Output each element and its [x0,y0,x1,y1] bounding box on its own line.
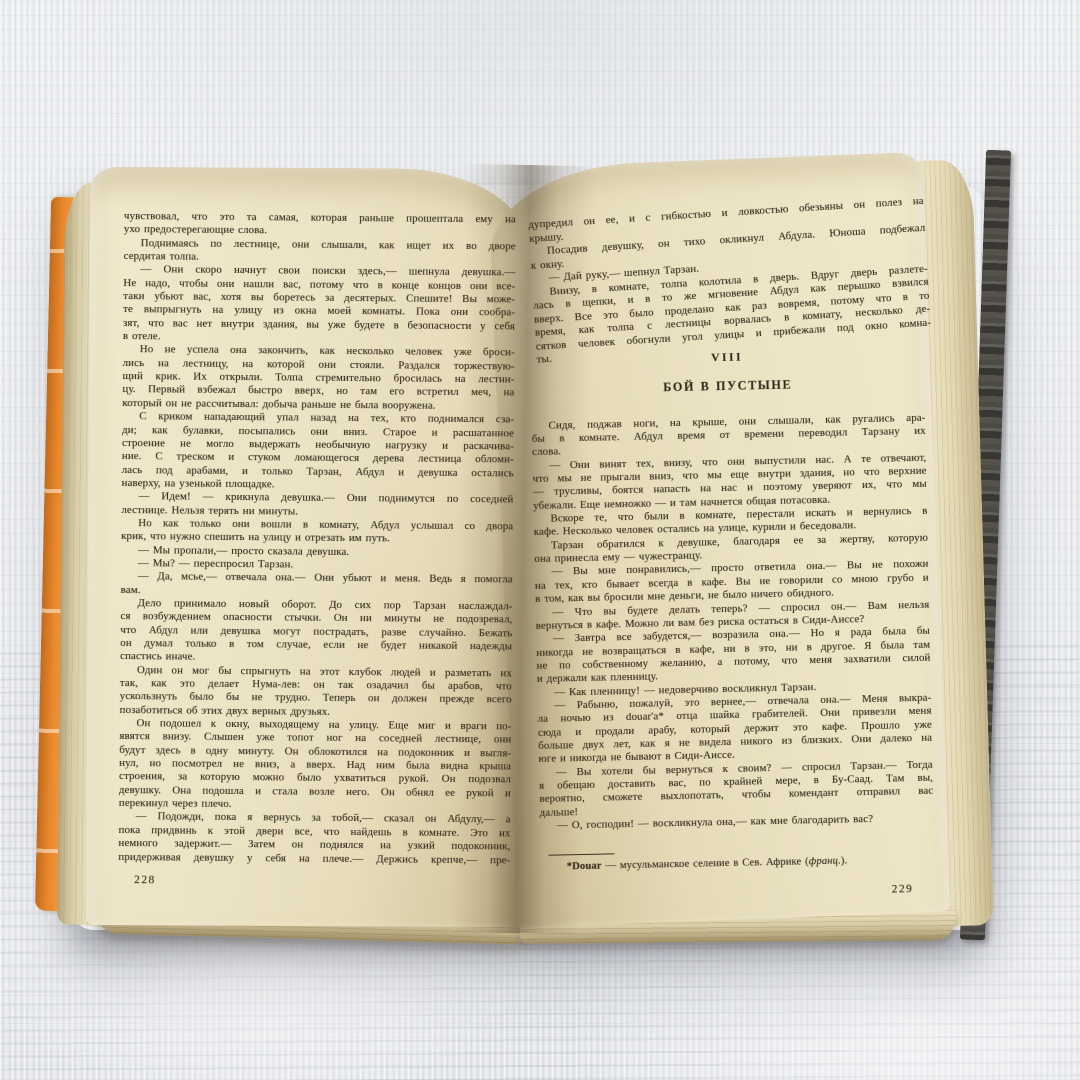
right-page-top-lines: дупредил он ее, и с гибкостью и ловкость… [528,195,932,367]
left-page-lines: чувствовал, что это та самая, которая ра… [118,210,516,867]
footnote-term: *Douar [567,861,602,873]
footnote-end: ). [841,856,848,867]
footnote-rule [549,854,615,856]
footnote-lang-italic: франц. [809,856,841,868]
chapter-title: БОЙ В ПУСТЫНЕ [531,376,925,398]
right-page-text-main: VIII БОЙ В ПУСТЫНЕ Сидя, поджав ноги, на… [530,344,935,904]
chapter-number: VIII [530,347,924,369]
footnote-text: — мусульманское селение в Сев. Африке ( [602,857,809,872]
footnote: *Douar — мусульманское селение в Сев. Аф… [541,853,935,875]
right-page-text-top: дупредил он ее, и с гибкостью и ловкость… [528,195,932,367]
right-page-body-lines: Сидя, поджав ноги, на крыше, они слышали… [531,411,934,833]
book-photo: чувствовал, что это та самая, которая ра… [0,0,1080,1080]
text-line: придерживая девушку у себя на плече.— Де… [118,850,510,867]
left-page-text: чувствовал, что это та самая, которая ра… [118,210,516,891]
